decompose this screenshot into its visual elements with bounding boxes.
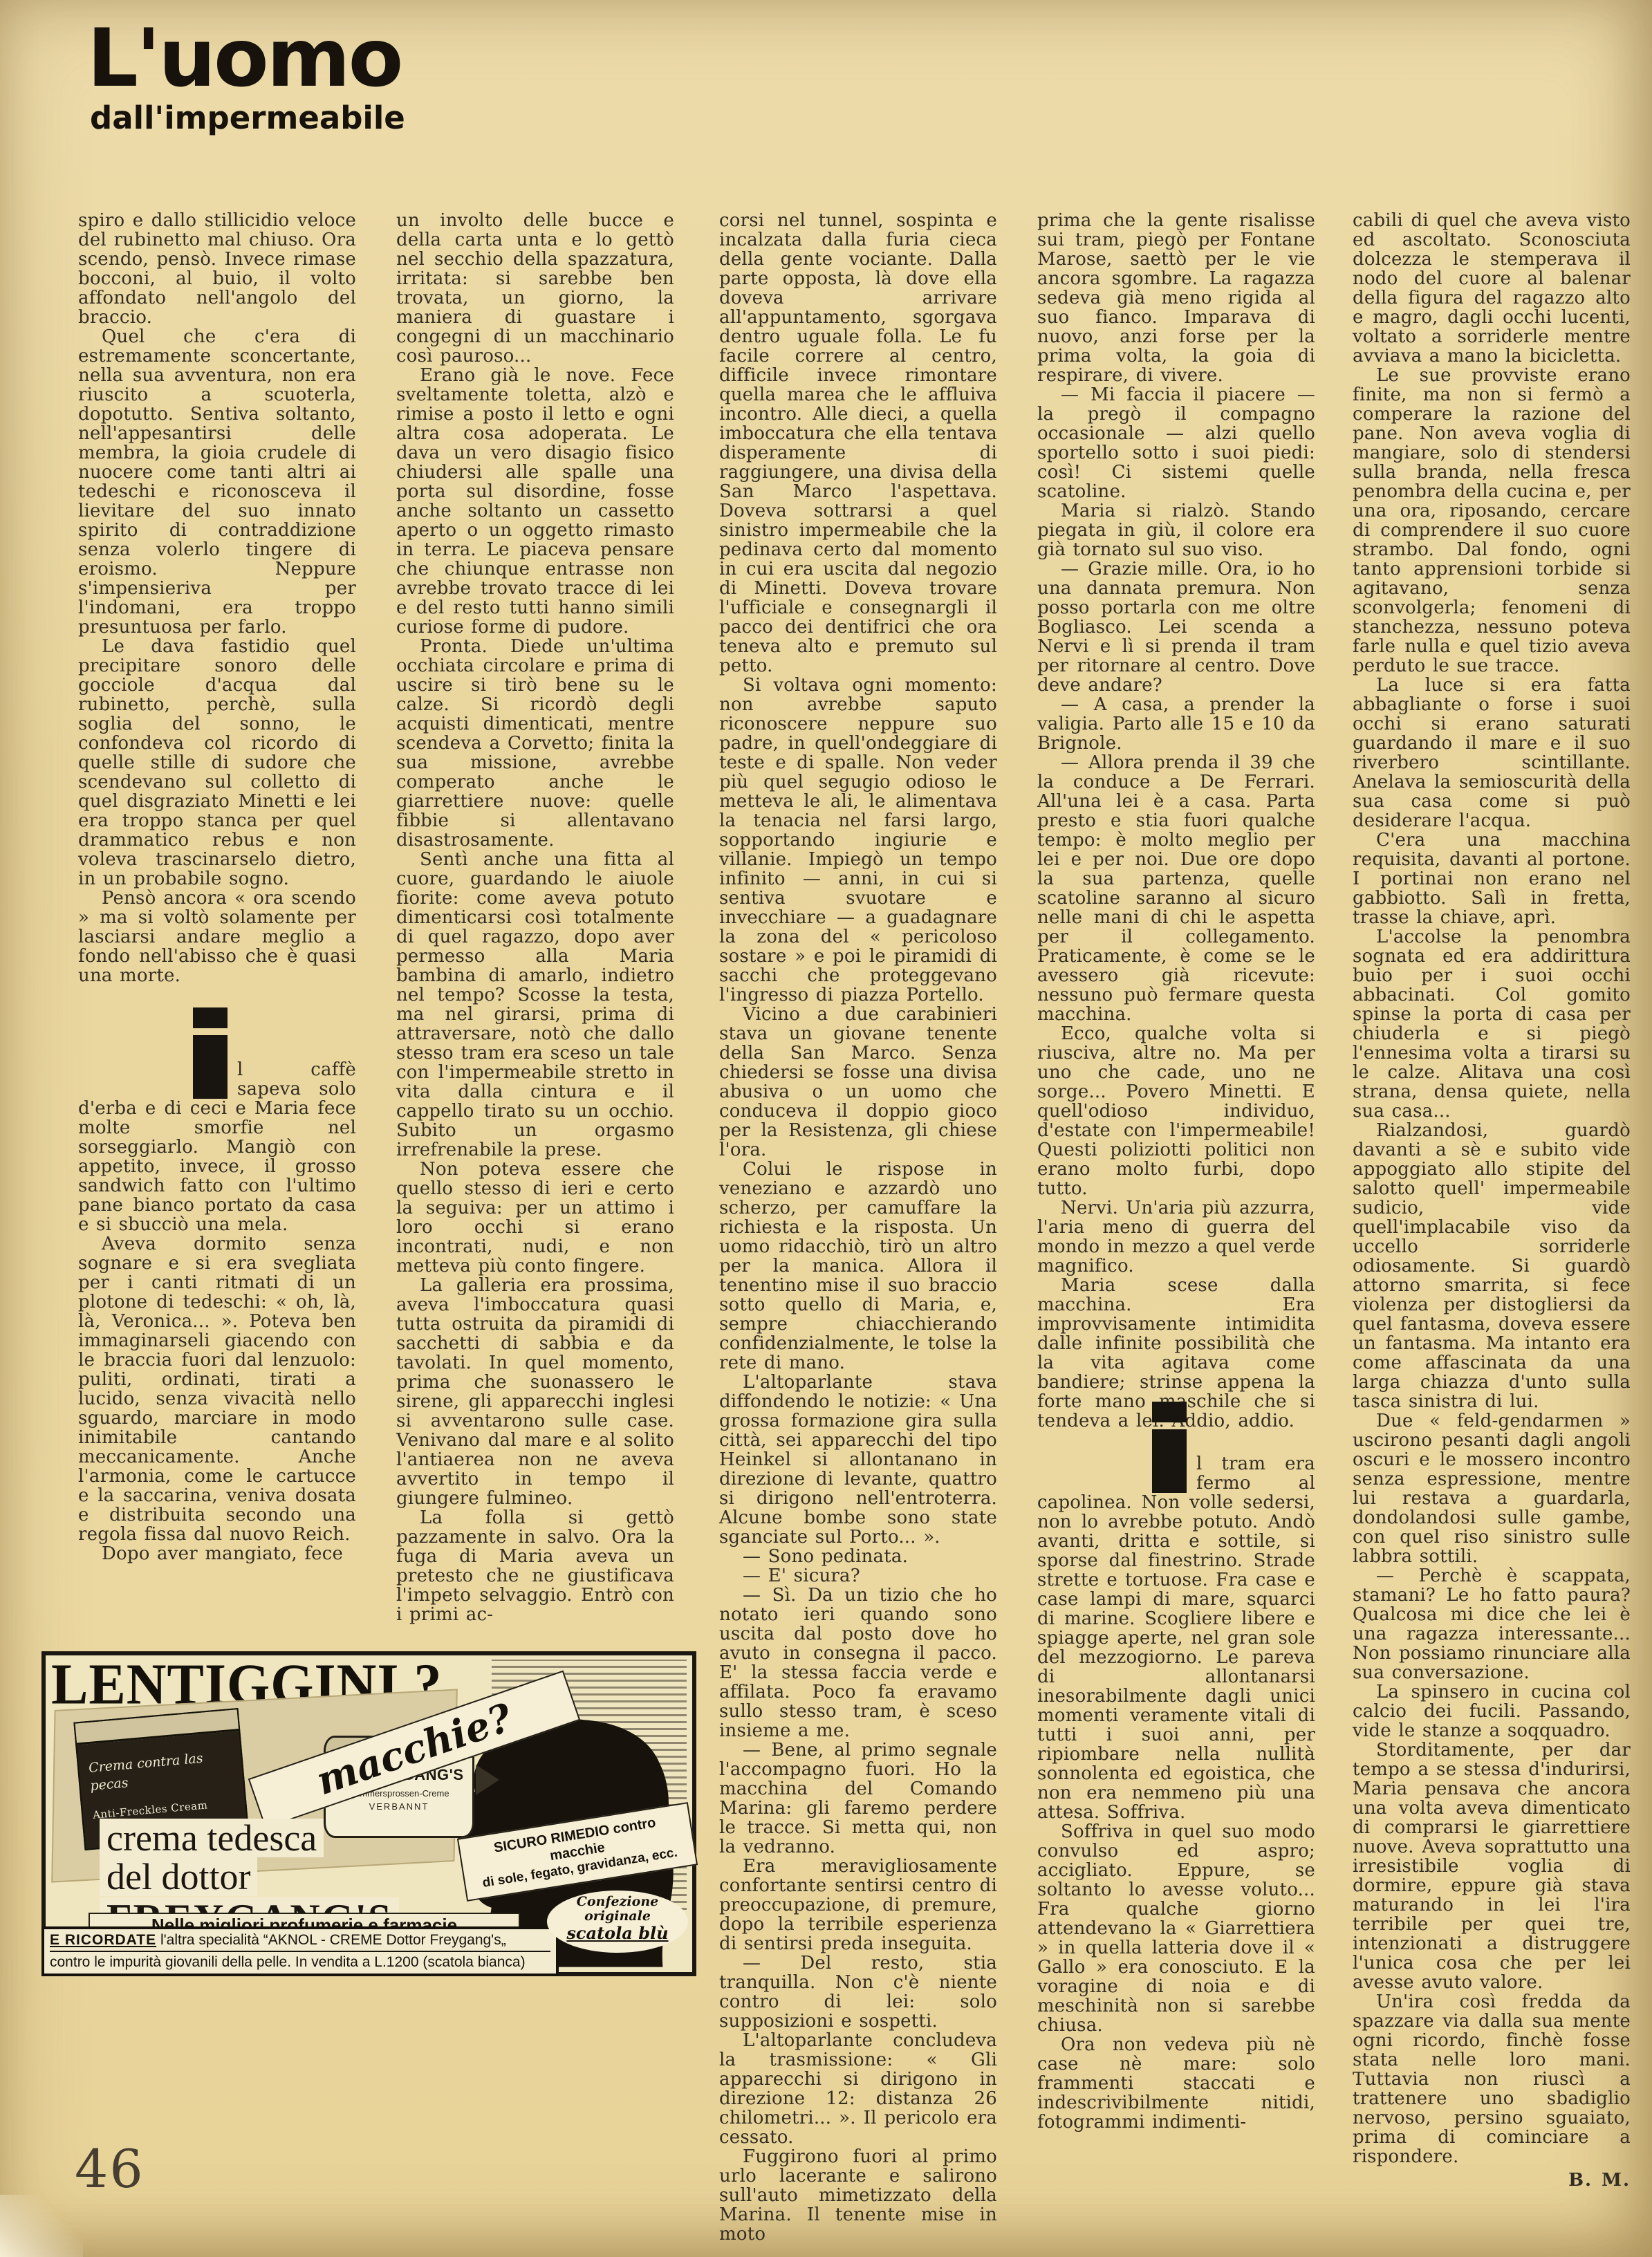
paragraph: Pensò ancora « ora scendo » ma si voltò … (78, 889, 356, 985)
paragraph: Era meravigliosamente confortante sentir… (719, 1857, 997, 1953)
paragraph: L'altoparlante stava diffondendo le noti… (719, 1373, 997, 1547)
drop-cap-i-icon (1152, 1454, 1187, 1493)
footer-rest: l'altra specialità “AKNOL - CREME Dottor… (156, 1932, 506, 1948)
paragraph: Rialzandosi, guardò davanti a sè e subit… (1353, 1121, 1631, 1411)
dialogue-line: — A casa, a prender la valigia. Parto al… (1037, 695, 1315, 753)
paragraph: Dopo aver mangiato, fece (78, 1544, 356, 1563)
badge-line3: scatola blù (547, 1924, 688, 1943)
paragraph: cabili di quel che aveva visto ed ascolt… (1353, 211, 1631, 366)
right-arrow-icon (476, 1765, 499, 1795)
paragraph: spiro e dallo stillicidio veloce del rub… (78, 211, 356, 327)
text-column-2: un involto delle bucce e della carta unt… (396, 211, 674, 1624)
article-subtitle: dall'impermeabile (90, 102, 405, 133)
paragraph: Ora non vedeva più nè case nè mare: solo… (1037, 2035, 1315, 2132)
paragraph: Maria si rialzò. Stando piegata in giù, … (1037, 501, 1315, 559)
dialogue-line: — Del resto, stia tranquilla. Non c'è ni… (719, 1953, 997, 2031)
article-title: L'uomo (87, 18, 405, 100)
paragraph-text: l tram era fermo al capolinea. Non volle… (1037, 1453, 1315, 1823)
paragraph: Colui le rispose in veneziano e azzardò … (719, 1160, 997, 1373)
paragraph: L'altoparlante concludeva la trasmission… (719, 2031, 997, 2147)
paragraph: L'accolse la penombra sognata ed era add… (1353, 927, 1631, 1121)
paragraph: Vicino a due carabinieri stava un giovan… (719, 1005, 997, 1160)
dialogue-line: — Sono pedinata. (719, 1547, 997, 1566)
paragraph: un involto delle bucce e della carta unt… (396, 211, 674, 366)
dialogue-line: — E' sicura? (719, 1566, 997, 1586)
paragraph-with-dropcap: l tram era fermo al capolinea. Non volle… (1037, 1454, 1315, 1822)
paragraph: Storditamente, per dar tempo a se stessa… (1353, 1740, 1631, 1992)
paragraph: Ecco, qualche volta si riusciva, altre n… (1037, 1024, 1315, 1198)
dialogue-line: — Bene, al primo segnale l'accompagno fu… (719, 1740, 997, 1857)
product-line2: del dottor (100, 1857, 257, 1896)
paragraph: Due « feld-gendarmen » uscirono pesanti … (1353, 1411, 1631, 1566)
confezione-badge: Confezione originale scatola blù (547, 1891, 688, 1953)
badge-line1: Confezione (547, 1895, 688, 1909)
paragraph: C'era una macchina requisita, davanti al… (1353, 830, 1631, 927)
ad-footer: E RICORDATE l'altra specialità “AKNOL - … (41, 1926, 559, 1976)
paragraph: Un'ira così fredda da spazzare via dalla… (1353, 1992, 1631, 2166)
dialogue-line: — Allora prenda il 39 che la conduce a D… (1037, 753, 1315, 1024)
dialogue-line: — Perchè è scappata, stamani? Le ho fatt… (1353, 1566, 1631, 1682)
badge-line2: originale (547, 1909, 688, 1924)
paragraph: Erano già le nove. Fece sveltamente tole… (396, 366, 674, 637)
paragraph: Soffriva in quel suo modo convulso ed as… (1037, 1822, 1315, 2035)
lentiggini-advertisement: LENTIGGINI ? Crema contra las pecas Anti… (41, 1651, 696, 1976)
dialogue-line: — Sì. Da un tizio che ho notato ieri qua… (719, 1586, 997, 1740)
paragraph: Quel che c'era di estremamente sconcerta… (78, 327, 356, 637)
dialogue-line: — Mi faccia il piacere — la pregò il com… (1037, 385, 1315, 501)
paragraph: Nervi. Un'aria più azzurra, l'aria meno … (1037, 1198, 1315, 1276)
paragraph: prima che la gente risalisse sui tram, p… (1037, 211, 1315, 385)
paragraph: Le sue provviste erano finite, ma non si… (1353, 366, 1631, 676)
paragraph: Pronta. Diede un'ultima occhiata circola… (396, 637, 674, 850)
paragraph: Fuggirono fuori al primo urlo lacerante … (719, 2147, 997, 2244)
paragraph: corsi nel tunnel, sospinta e incalzata d… (719, 211, 997, 676)
drop-cap-i-icon (193, 1060, 228, 1099)
footer-emphasis: E RICORDATE (50, 1932, 156, 1948)
text-column-5: cabili di quel che aveva visto ed ascolt… (1353, 211, 1631, 2190)
dialogue-line: — Grazie mille. Ora, io ho una dannata p… (1037, 559, 1315, 695)
paragraph: Sentì anche una fitta al cuore, guardand… (396, 850, 674, 1160)
paragraph: Non poteva essere che quello stesso di i… (396, 1160, 674, 1276)
paragraph-with-dropcap: l caffè sapeva solo d'erba e di ceci e M… (78, 1060, 356, 1234)
product-line1: crema tedesca (100, 1819, 324, 1857)
paragraph: La folla si gettò pazzamente in salvo. O… (396, 1508, 674, 1624)
paragraph: Aveva dormito senza sognare e si era sve… (78, 1234, 356, 1544)
text-column-1: spiro e dallo stillicidio veloce del rub… (78, 211, 356, 1563)
paragraph: Si voltava ogni momento: non avrebbe sap… (719, 676, 997, 1005)
article-masthead: L'uomo dall'impermeabile (87, 18, 405, 133)
paragraph: La spinsero in cucina col calcio dei fuc… (1353, 1682, 1631, 1740)
paragraph: Le dava fastidio quel precipitare sonoro… (78, 637, 356, 889)
footer-line2: contro le impurità giovanili della pelle… (50, 1951, 550, 1971)
box-label: Crema contra las pecas (88, 1747, 236, 1795)
author-signature: B. M. (1353, 2171, 1631, 2190)
paragraph: La galleria era prossima, aveva l'imbocc… (396, 1276, 674, 1508)
text-column-3: corsi nel tunnel, sospinta e incalzata d… (719, 211, 997, 2244)
page-number: 46 (75, 2138, 145, 2200)
jar-label-sub2: VERBANNT (326, 1801, 472, 1812)
paragraph: La luce si era fatta abbagliante o forse… (1353, 676, 1631, 830)
scan-corner-highlight (0, 2195, 83, 2257)
text-column-4: prima che la gente risalisse sui tram, p… (1037, 211, 1315, 2132)
magazine-page: L'uomo dall'impermeabile spiro e dallo s… (0, 0, 1652, 2257)
